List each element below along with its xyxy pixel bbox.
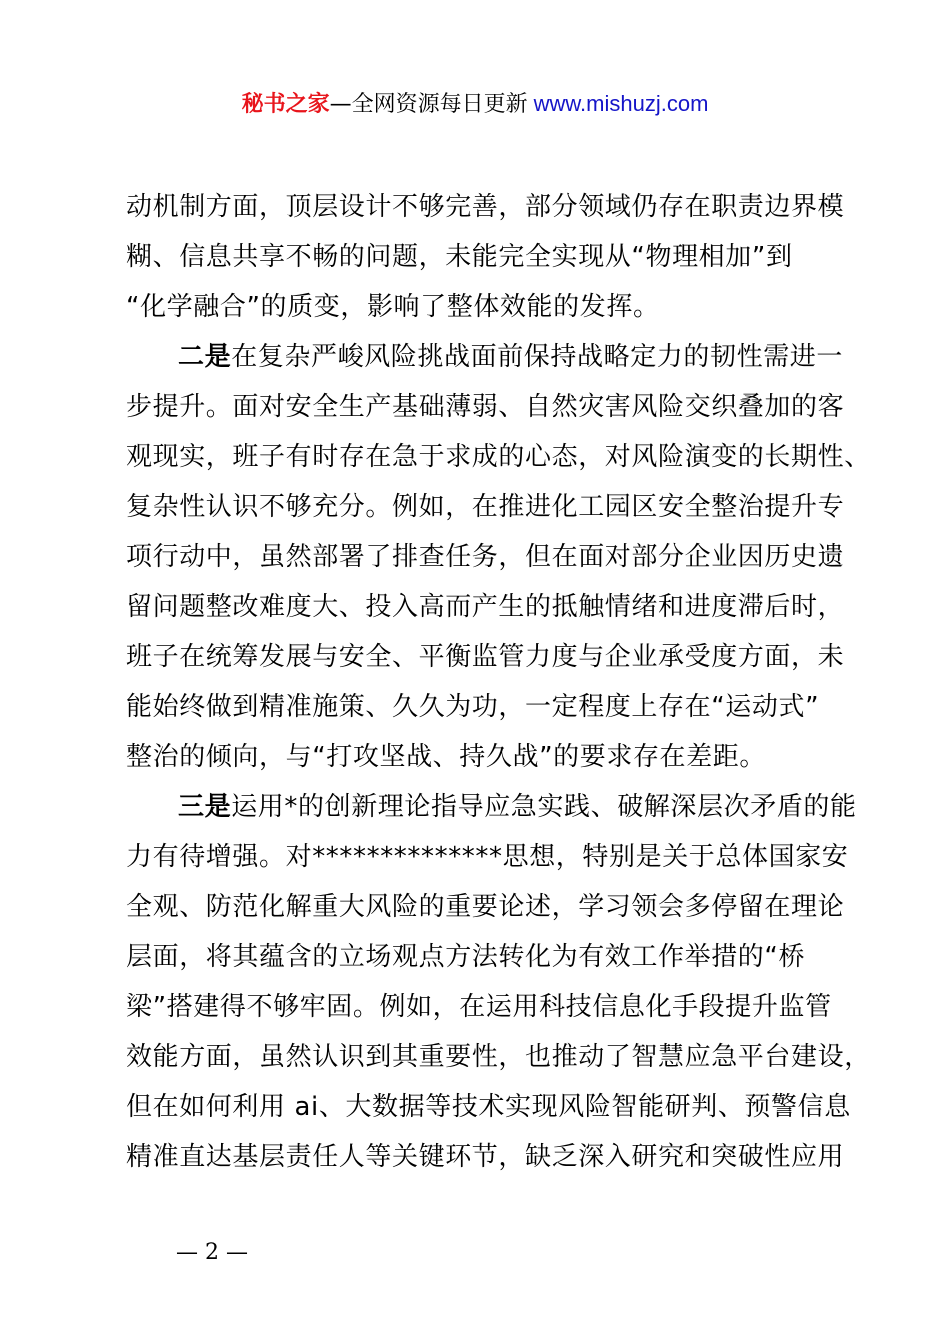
- text-line: 精准直达基层责任人等关键环节，缺乏深入研究和突破性应用: [126, 1132, 838, 1182]
- text-line: 步提升。面对安全生产基础薄弱、自然灾害风险交织叠加的客: [126, 382, 838, 432]
- line-text: 精准直达基层责任人等关键环节，缺乏深入研究和突破性应用: [126, 1142, 844, 1172]
- line-text: 步提升。面对安全生产基础薄弱、自然灾害风险交织叠加的客: [126, 392, 844, 422]
- line-text: 项行动中，虽然部署了排查任务，但在面对部分企业因历史遗: [126, 542, 844, 572]
- header-dash: —: [330, 92, 352, 117]
- paragraph-lead-two: 二是: [178, 342, 231, 372]
- line-text: “化学融合”的质变，影响了整体效能的发挥。: [126, 292, 660, 322]
- text-line: 但在如何利用 ai、大数据等技术实现风险智能研判、预警信息: [126, 1082, 838, 1132]
- line-text: 观现实，班子有时存在急于求成的心态，对风险演变的长期性、: [126, 442, 871, 472]
- paragraph-start-three: 三是运用*的创新理论指导应急实践、破解深层次矛盾的能: [126, 782, 838, 832]
- text-line: 项行动中，虽然部署了排查任务，但在面对部分企业因历史遗: [126, 532, 838, 582]
- text-line: “化学融合”的质变，影响了整体效能的发挥。: [126, 282, 838, 332]
- line-text: 全观、防范化解重大风险的重要论述，学习领会多停留在理论: [126, 892, 844, 922]
- line-text: 班子在统筹发展与安全、平衡监管力度与企业承受度方面，未: [126, 642, 844, 672]
- text-line: 层面，将其蕴含的立场观点方法转化为有效工作举措的“桥: [126, 932, 838, 982]
- line-text: 运用*的创新理论指导应急实践、破解深层次矛盾的能: [231, 792, 856, 822]
- line-text: 整治的倾向，与“打攻坚战、持久战”的要求存在差距。: [126, 742, 766, 772]
- document-body: 动机制方面，顶层设计不够完善，部分领域仍存在职责边界模 糊、信息共享不畅的问题，…: [126, 182, 838, 1182]
- header-tagline: 全网资源每日更新: [352, 92, 528, 117]
- line-text: 梁”搭建得不够牢固。例如，在运用科技信息化手段提升监管: [126, 992, 832, 1022]
- text-line: 整治的倾向，与“打攻坚战、持久战”的要求存在差距。: [126, 732, 838, 782]
- website-link[interactable]: www.mishuzj.com: [534, 91, 709, 116]
- text-line: 观现实，班子有时存在急于求成的心态，对风险演变的长期性、: [126, 432, 838, 482]
- text-line: 班子在统筹发展与安全、平衡监管力度与企业承受度方面，未: [126, 632, 838, 682]
- text-line: 能始终做到精准施策、久久为功，一定程度上存在“运动式”: [126, 682, 838, 732]
- page-number: — 2 —: [176, 1238, 248, 1268]
- line-text: 但在如何利用 ai、大数据等技术实现风险智能研判、预警信息: [126, 1092, 851, 1122]
- brand-name: 秘书之家: [242, 92, 330, 117]
- text-line: 动机制方面，顶层设计不够完善，部分领域仍存在职责边界模: [126, 182, 838, 232]
- text-line: 留问题整改难度大、投入高而产生的抵触情绪和进度滞后时，: [126, 582, 838, 632]
- line-text: 在复杂严峻风险挑战面前保持战略定力的韧性需进一: [231, 342, 843, 372]
- text-line: 复杂性认识不够充分。例如，在推进化工园区安全整治提升专: [126, 482, 838, 532]
- paragraph-lead-three: 三是: [178, 792, 231, 822]
- text-line: 全观、防范化解重大风险的重要论述，学习领会多停留在理论: [126, 882, 838, 932]
- line-text: 层面，将其蕴含的立场观点方法转化为有效工作举措的“桥: [126, 942, 805, 972]
- text-line: 效能方面，虽然认识到其重要性，也推动了智慧应急平台建设，: [126, 1032, 838, 1082]
- text-line: 力有待增强。对**************思想，特别是关于总体国家安: [126, 832, 838, 882]
- watermark-header: 秘书之家—全网资源每日更新www.mishuzj.com: [0, 88, 950, 121]
- line-text: 糊、信息共享不畅的问题，未能完全实现从“物理相加”到: [126, 242, 793, 272]
- line-text: 复杂性认识不够充分。例如，在推进化工园区安全整治提升专: [126, 492, 844, 522]
- line-text: 留问题整改难度大、投入高而产生的抵触情绪和进度滞后时，: [126, 592, 844, 622]
- text-line: 梁”搭建得不够牢固。例如，在运用科技信息化手段提升监管: [126, 982, 838, 1032]
- text-line: 糊、信息共享不畅的问题，未能完全实现从“物理相加”到: [126, 232, 838, 282]
- line-text: 动机制方面，顶层设计不够完善，部分领域仍存在职责边界模: [126, 192, 844, 222]
- line-text: 能始终做到精准施策、久久为功，一定程度上存在“运动式”: [126, 692, 819, 722]
- paragraph-start-two: 二是在复杂严峻风险挑战面前保持战略定力的韧性需进一: [126, 332, 838, 382]
- line-text: 力有待增强。对**************思想，特别是关于总体国家安: [126, 842, 848, 872]
- line-text: 效能方面，虽然认识到其重要性，也推动了智慧应急平台建设，: [126, 1042, 871, 1072]
